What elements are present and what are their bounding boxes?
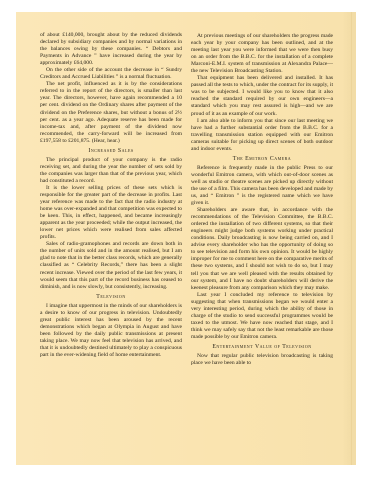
- section-heading-emitron-camera: The Emitron Camera: [191, 156, 333, 163]
- paragraph: Last year I concluded my reference to te…: [191, 292, 333, 341]
- paragraph: Reference is frequently made in the publ…: [191, 165, 333, 207]
- page-edge: [351, 12, 356, 465]
- paragraph: I imagine that uppermost in the minds of…: [40, 303, 182, 359]
- paragraph: Now that regular public television broad…: [191, 353, 333, 367]
- left-column: of about £140,000, brought about by the …: [40, 32, 182, 359]
- paragraph: I am also able to inform you that since …: [191, 118, 333, 153]
- paragraph: That equipment has been delivered and in…: [191, 75, 333, 117]
- paragraph: It is the lower selling prices of these …: [40, 185, 182, 241]
- paragraph: of about £140,000, brought about by the …: [40, 32, 182, 67]
- paragraph: Shareholders are aware that, in accordan…: [191, 207, 333, 292]
- section-heading-entertainment-value: Entertainment Value of Television: [191, 344, 333, 351]
- paragraph: The principal product of your company is…: [40, 157, 182, 185]
- paragraph: The net profit, influenced as it is by t…: [40, 81, 182, 144]
- paragraph: At previous meetings of our shareholders…: [191, 33, 333, 75]
- document-page: of about £140,000, brought about by the …: [16, 12, 356, 465]
- paragraph: Sales of radio-gramophones and records a…: [40, 241, 182, 290]
- right-column: At previous meetings of our shareholders…: [191, 33, 333, 367]
- section-heading-television: Television: [40, 294, 182, 301]
- paragraph: On the other side of the account the dec…: [40, 67, 182, 81]
- section-heading-increased-sales: Increased Sales: [40, 148, 182, 155]
